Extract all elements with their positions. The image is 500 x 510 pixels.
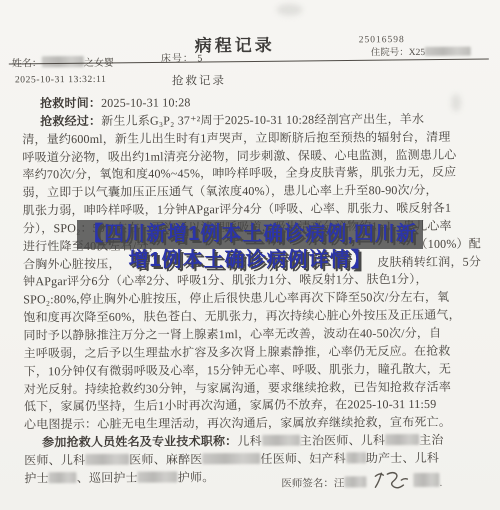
scanned-page: 病程记录 25016598 住院号：X25 床号： 5 姓名：之女婴 2025-… bbox=[0, 0, 500, 510]
news-headline-overlay: 【四川新增1例本土确诊病例,四川新 增1例本土确诊病例详情】 bbox=[0, 222, 500, 272]
body-line: 下，10分钟仅有微弱呼吸及心率，15分钟无心率、呼吸、肌张力，瞳孔散大，无 bbox=[24, 360, 482, 381]
redacted-staff-name bbox=[49, 472, 77, 483]
redacted-signature-stamp bbox=[414, 473, 440, 487]
admission-number: 住院号：X25 bbox=[371, 44, 471, 59]
headline-line-1: 【四川新增1例本土确诊病例,四川新 bbox=[0, 222, 500, 246]
document-title: 病程记录 bbox=[195, 31, 275, 56]
signature-surname: 汪 bbox=[334, 478, 345, 489]
body-text: 主治医师、儿科 bbox=[300, 433, 385, 448]
redacted-staff-name bbox=[346, 452, 366, 463]
signature-line: 医师签名：汪 . bbox=[281, 470, 442, 493]
participants-label: 参加抢救人员姓名及专业技术职称： bbox=[42, 434, 237, 449]
rescue-time-value: 2025-10-31 10:28 bbox=[101, 95, 191, 110]
redacted-patient-name bbox=[42, 56, 84, 67]
headline-text: 【四川新增1例本土确诊病例,四川新 bbox=[77, 220, 423, 249]
body-text: 任医师、妇产科 bbox=[260, 451, 345, 466]
redacted-staff-name bbox=[385, 434, 419, 445]
body-text: 、巡回护士 bbox=[77, 470, 138, 484]
body-text: 助产士、儿科 bbox=[366, 451, 439, 465]
body-text: 儿科 bbox=[237, 434, 261, 448]
redacted-staff-name bbox=[262, 435, 300, 446]
body-line: 抢救经过：新生儿系G₃P₂ 37⁺²周于2025-10-31 10:28经剖宫产… bbox=[22, 110, 480, 131]
record-datetime: 2025-10-31 13:32:11 bbox=[15, 75, 107, 86]
rescue-course-label: 抢救经过： bbox=[40, 114, 101, 128]
body-text: 医师、麻醉医 bbox=[129, 452, 202, 466]
body-text: 护士 bbox=[24, 471, 48, 485]
admission-label: 住院号： bbox=[371, 48, 409, 58]
handwritten-signature bbox=[371, 470, 409, 492]
redacted-admission-number bbox=[425, 47, 471, 56]
scan-smudge bbox=[276, 4, 302, 16]
body-line: 清，量约600ml，新生儿出生时有1声哭声，立即断脐后抱至预热的辐射台，清理 bbox=[22, 128, 480, 149]
headline-line-2: 增1例本土确诊病例详情】 bbox=[0, 248, 500, 272]
redacted-staff-name bbox=[138, 471, 178, 482]
signature-dot: . bbox=[440, 478, 443, 489]
admission-prefix: X25 bbox=[409, 48, 425, 58]
record-body: 抢救时间：2025-10-31 10:28 抢救经过：新生儿系G₃P₂ 37⁺²… bbox=[22, 93, 482, 488]
record-type-heading: 抢救记录 bbox=[172, 72, 226, 88]
body-text: 护师。 bbox=[178, 470, 215, 484]
redacted-staff-name bbox=[202, 453, 260, 464]
body-text: 医师、儿科 bbox=[24, 453, 85, 467]
body-text: 新生儿系G₃P₂ 37⁺²周于2025-10-31 10:28经剖宫产出生，羊水 bbox=[101, 112, 424, 128]
signature-label: 医师签名： bbox=[281, 478, 334, 489]
redacted-signature-name bbox=[344, 476, 366, 487]
redacted-staff-name bbox=[85, 454, 129, 465]
rescue-time-label: 抢救时间： bbox=[40, 96, 101, 110]
body-text: 主治 bbox=[419, 433, 443, 447]
body-line: 主呼吸弱，之后予以生理盐水扩容及多次肾上腺素静推，心率仍无反应。在抢救 bbox=[24, 342, 482, 363]
participants-line: 医师、儿科医师、麻醉医任医师、妇产科助产士、儿科 bbox=[24, 449, 482, 470]
